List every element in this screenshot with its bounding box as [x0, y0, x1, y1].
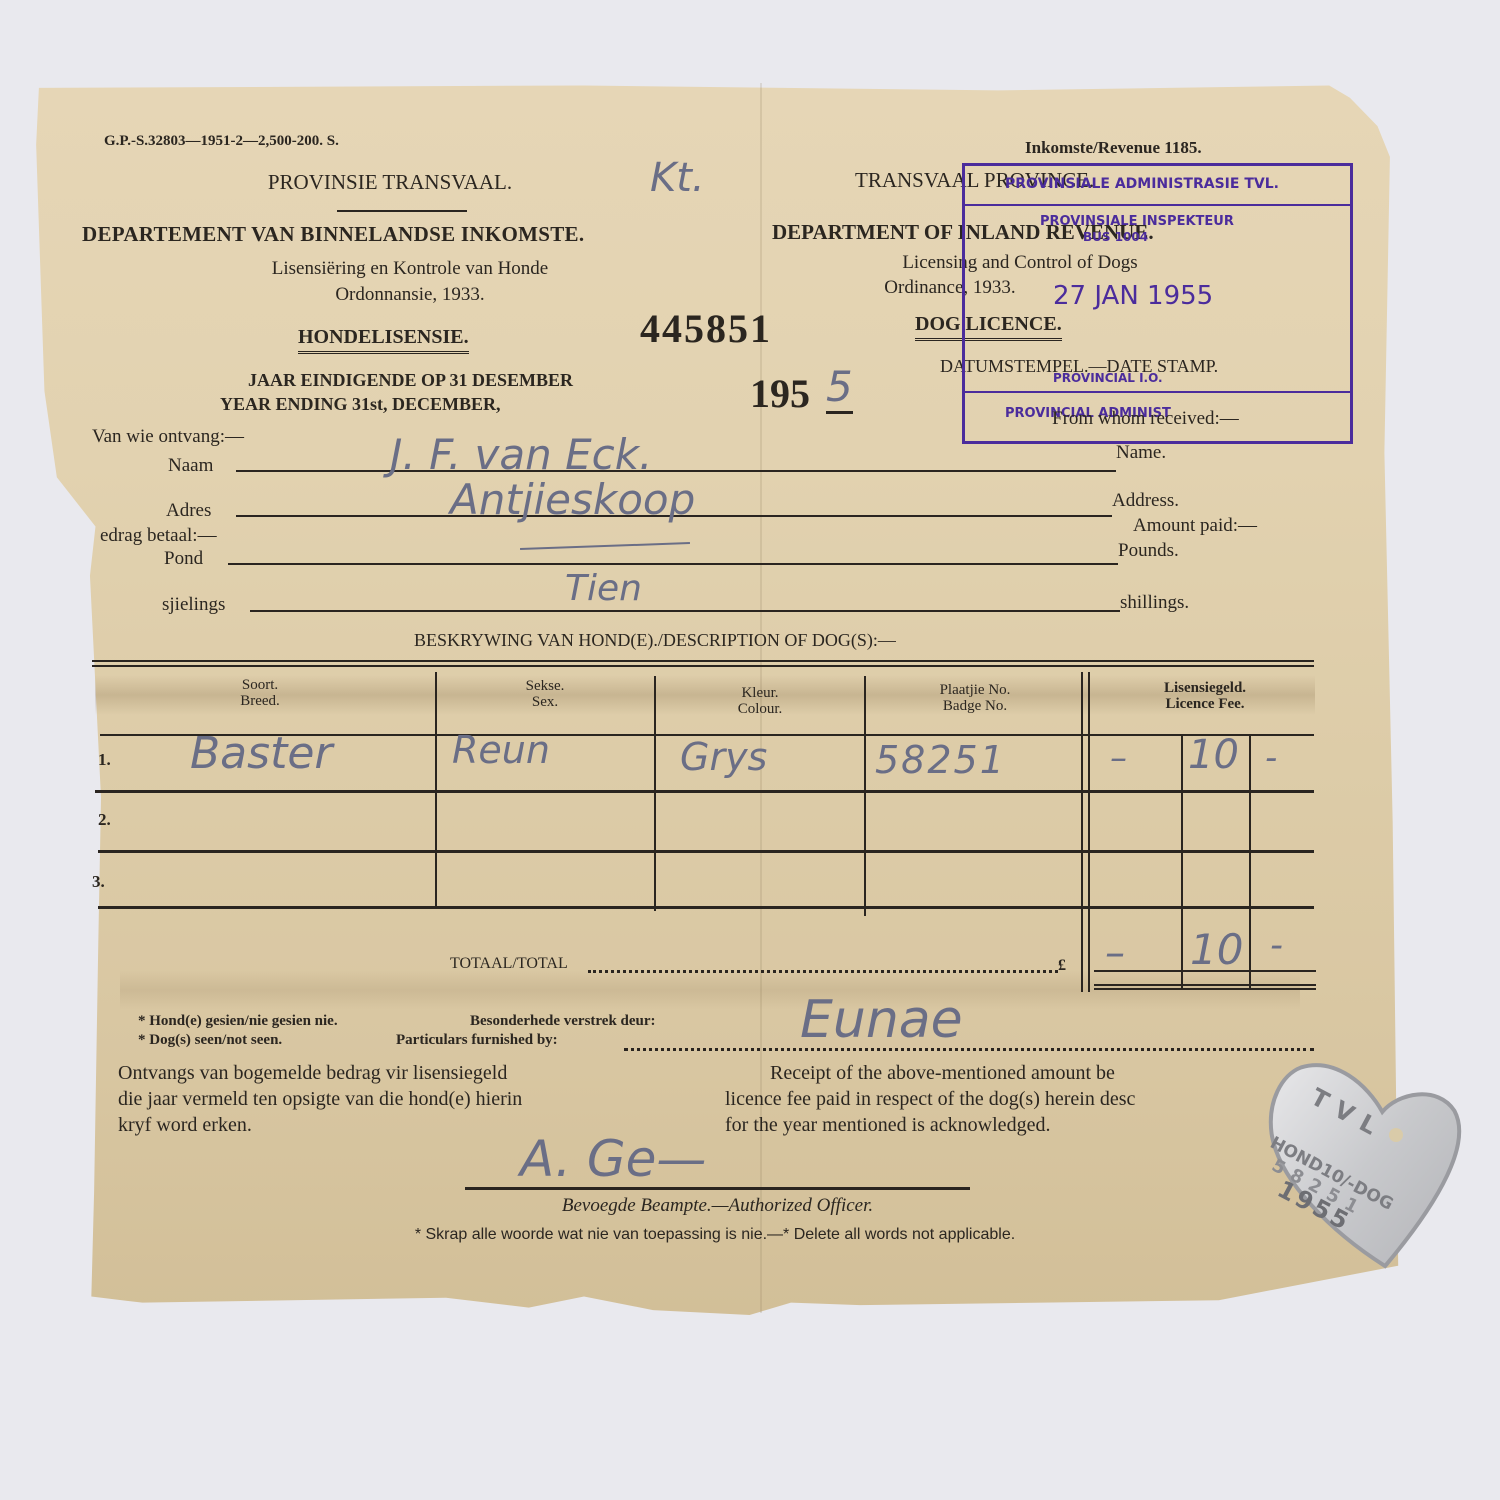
crease-mark [120, 970, 1300, 1010]
officer-signature: A. Ge— [520, 1130, 706, 1188]
from-whom-eng: From whom received:— [1052, 408, 1239, 430]
cell-badge: 58251 [875, 738, 1006, 782]
amount-label-afr: edrag betaal:— [100, 525, 217, 547]
description-title: BESKRYWING VAN HOND(E)./DESCRIPTION OF D… [414, 630, 896, 651]
licence-number: 445851 [640, 305, 772, 352]
receipt-text-eng: Receipt of the above-mentioned amount be… [725, 1060, 1135, 1138]
licence-title-afr: HONDELISENSIE. [298, 326, 469, 354]
seen-afr: * Hond(e) gesien/nie gesien nie. [138, 1013, 338, 1030]
dog-tag: TVL HOND10/-DOG 58251 1955 [1268, 1055, 1468, 1275]
name-label-eng: Name. [1116, 442, 1166, 464]
form-code: G.P.-S.32803—1951-2—2,500-200. S. [104, 133, 339, 150]
header-badge: Plaatjie No.Badge No. [880, 682, 1070, 714]
stamp-divider [965, 391, 1350, 393]
currency-symbol: £ [1058, 957, 1066, 975]
stamp-line2: PROVINSIALE INSPEKTEUR [1040, 214, 1234, 229]
row-number: 2. [98, 810, 111, 830]
address-label-afr: Adres [166, 500, 211, 522]
header-breed: Soort.Breed. [170, 677, 350, 709]
fee-subdivider [1249, 735, 1251, 990]
row-rule [98, 850, 1314, 853]
stamp-divider [965, 204, 1350, 206]
header-colour: Kleur.Colour. [670, 685, 850, 717]
shillings-label-afr: sjielings [162, 594, 225, 616]
department-afr: DEPARTEMENT VAN BINNELANDSE INKOMSTE. [82, 222, 584, 247]
date-stamp: PROVINSIALE ADMINISTRASIE TVL. PROVINSIA… [962, 163, 1353, 444]
total-rule [1094, 988, 1316, 990]
name-line [236, 470, 1116, 472]
year-line-afr: JAAR EINDIGENDE OP 31 DESEMBER [248, 370, 573, 391]
year-handwritten: 5 [826, 362, 853, 414]
fee-subdivider [1181, 735, 1183, 990]
col-divider [654, 676, 656, 911]
total-shillings: 10 [1190, 925, 1243, 974]
row-rule [98, 906, 1314, 909]
shillings-line [250, 610, 1120, 612]
handwritten-initials: Kt. [650, 155, 705, 201]
address-label-eng: Address. [1112, 490, 1179, 512]
row-number: 1. [98, 750, 111, 770]
particulars-afr: Besonderhede verstrek deur: [470, 1013, 656, 1030]
header-sex: Sekse.Sex. [455, 678, 635, 710]
total-pence: - [1270, 925, 1283, 966]
pounds-label-afr: Pond [164, 548, 203, 570]
total-rule [1094, 984, 1316, 986]
stamp-line4: PROVINCIAL I.O. [1053, 371, 1163, 385]
cell-colour: Grys [680, 735, 767, 779]
total-dots [588, 970, 1058, 973]
pounds-label-eng: Pounds. [1118, 540, 1179, 562]
cell-fee-shillings: 10 [1188, 732, 1239, 778]
from-whom-afr: Van wie ontvang:— [92, 426, 244, 448]
delete-note: * Skrap alle woorde wat nie van toepassi… [290, 1226, 1140, 1244]
table-top-rule [92, 665, 1314, 667]
table-top-rule [92, 660, 1314, 662]
receipt-text-afr: Ontvangs van bogemelde bedrag vir lisens… [118, 1060, 522, 1138]
total-rule [1094, 970, 1316, 972]
revenue-code: Inkomste/Revenue 1185. [1025, 138, 1202, 158]
year-printed: 195 [750, 370, 810, 417]
col-divider [864, 676, 866, 916]
cell-breed: Baster [190, 728, 332, 779]
shillings-label-eng: shillings. [1120, 592, 1189, 614]
row-rule [95, 790, 1314, 793]
officer-label: Bevoegde Beampte.—Authorized Officer. [465, 1195, 970, 1217]
year-line-eng: YEAR ENDING 31st, DECEMBER, [220, 394, 501, 415]
stamp-line3: BUS 1004 [1083, 230, 1148, 244]
col-divider [1088, 672, 1090, 992]
seen-eng: * Dog(s) seen/not seen. [138, 1032, 282, 1049]
stamp-date: 27 JAN 1955 [1053, 281, 1213, 311]
header-fee: Lisensiegeld.Licence Fee. [1100, 680, 1310, 712]
stamp-line1: PROVINSIALE ADMINISTRASIE TVL. [1005, 176, 1279, 192]
shillings-value: Tien [565, 568, 642, 609]
particulars-dots [624, 1048, 1314, 1051]
cell-fee-pence: - [1265, 738, 1277, 778]
particulars-value: Eunae [800, 990, 963, 1050]
cell-sex: Reun [452, 728, 550, 772]
particulars-eng: Particulars furnished by: [396, 1032, 558, 1049]
name-label-afr: Naam [168, 455, 213, 477]
pounds-line [228, 563, 1118, 565]
subtitle-afr: Lisensiëring en Kontrole van Honde [150, 258, 670, 280]
divider [337, 210, 467, 212]
cell-fee-pounds: – [1110, 738, 1127, 778]
address-value: Antjieskoop [450, 475, 695, 524]
col-divider [1081, 672, 1083, 992]
row-number: 3. [92, 872, 105, 892]
total-label: TOTAAL/TOTAL [450, 955, 568, 973]
province-afr: PROVINSIE TRANSVAAL. [200, 170, 580, 195]
ordinance-afr: Ordonnansie, 1933. [150, 284, 670, 306]
name-value: J. F. van Eck. [390, 430, 652, 479]
signature-line [465, 1187, 970, 1190]
amount-label-eng: Amount paid:— [1133, 515, 1257, 537]
